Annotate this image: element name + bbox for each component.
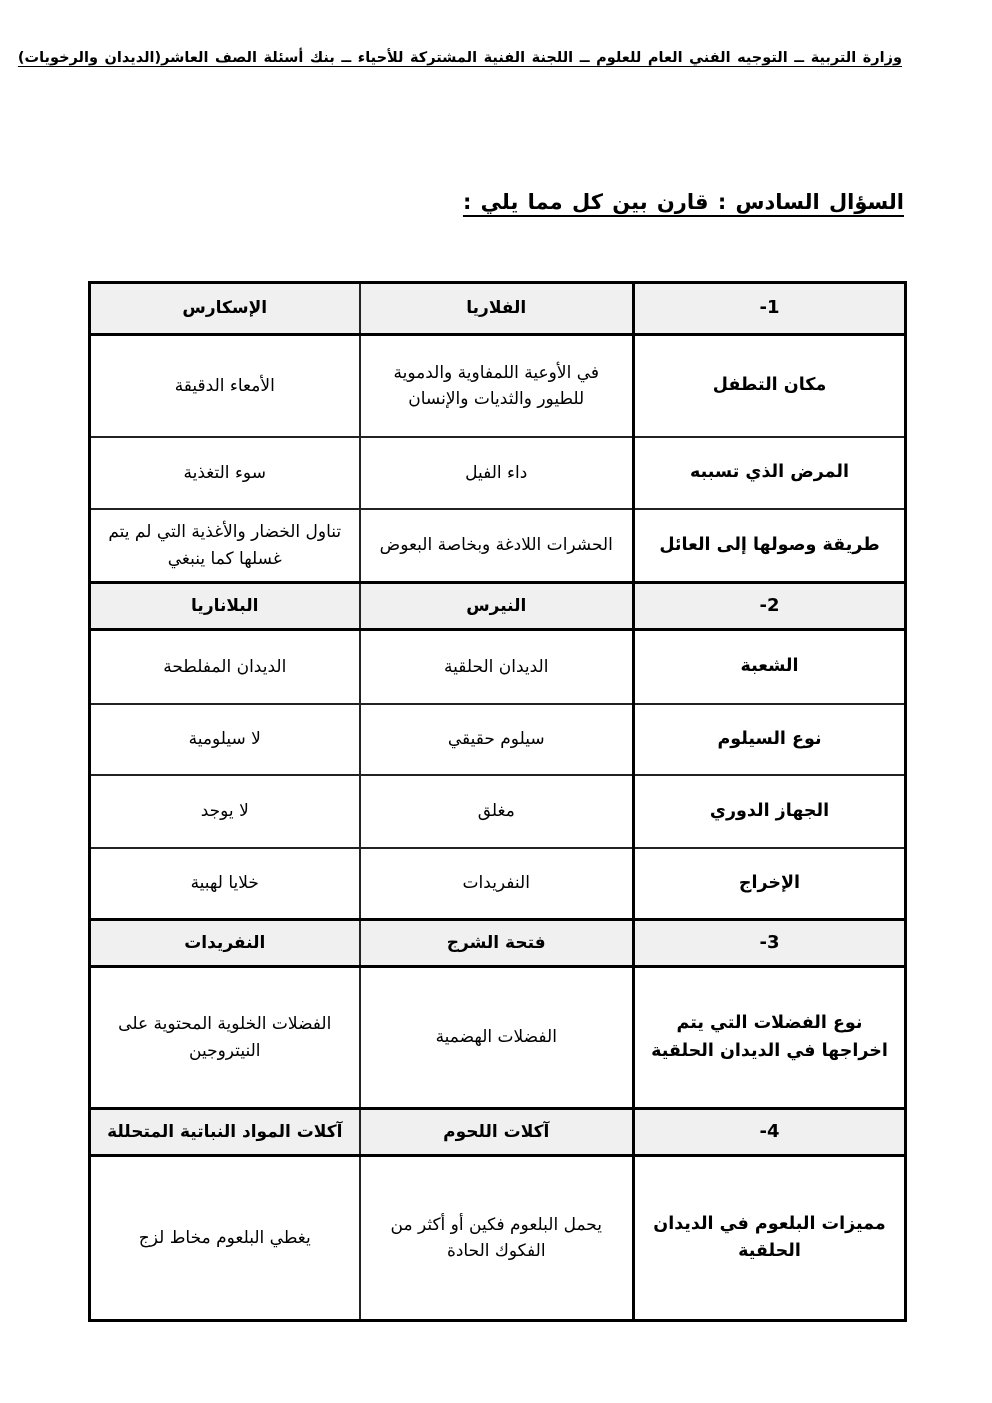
label-cell: المرض الذي تسببه [634,437,906,509]
column-header-cell: النفريدات [90,920,360,967]
column-header-cell: آكلات المواد النباتية المتحللة [90,1109,360,1156]
document-page: وزارة التربية ــ التوجيه الفني العام للع… [0,0,992,1403]
section-number-cell: -2 [634,583,906,630]
table-row: مميزات البلعوم في الديدان الحلقية يحمل ا… [90,1156,906,1321]
value-cell: الأمعاء الدقيقة [90,335,360,438]
column-header-cell: النيرس [360,583,634,630]
label-cell: مميزات البلعوم في الديدان الحلقية [634,1156,906,1321]
table-row: الجهاز الدوري مغلق لا يوجد [90,775,906,848]
label-cell: نوع الفضلات التي يتم اخراجها في الديدان … [634,967,906,1109]
value-cell: سيلوم حقيقي [360,704,634,775]
value-cell: لا يوجد [90,775,360,848]
question-title: السؤال السادس : قارن بين كل مما يلي : [463,190,904,214]
label-cell: نوع السيلوم [634,704,906,775]
document-header: وزارة التربية ــ التوجيه الفني العام للع… [90,47,902,70]
section-number-cell: -3 [634,920,906,967]
table-row: طريقة وصولها إلى العائل الحشرات اللادغة … [90,509,906,583]
table-row: نوع السيلوم سيلوم حقيقي لا سيلومية [90,704,906,775]
section-number-cell: -1 [634,283,906,335]
value-cell: مغلق [360,775,634,848]
value-cell: يحمل البلعوم فكين أو أكثر من الفكوك الحا… [360,1156,634,1321]
table-row: مكان التطفل في الأوعية اللمفاوية والدموي… [90,335,906,438]
column-header-cell: آكلات اللحوم [360,1109,634,1156]
label-cell: الشعبة [634,630,906,705]
table-row: الشعبة الديدان الحلقية الديدان المفلطحة [90,630,906,705]
table-row-section-2: -2 النيرس البلاناريا [90,583,906,630]
value-cell: يغطي البلعوم مخاط لزج [90,1156,360,1321]
value-cell: في الأوعية اللمفاوية والدموية للطيور وال… [360,335,634,438]
table-row: نوع الفضلات التي يتم اخراجها في الديدان … [90,967,906,1109]
value-cell: النفريدات [360,848,634,920]
table-row-section-1: -1 الفلاريا الإسكارس [90,283,906,335]
comparison-table: -1 الفلاريا الإسكارس مكان التطفل في الأو… [88,281,907,1322]
column-header-cell: الفلاريا [360,283,634,335]
table-row: المرض الذي تسببه داء الفيل سوء التغذية [90,437,906,509]
column-header-cell: الإسكارس [90,283,360,335]
label-cell: الإخراج [634,848,906,920]
column-header-cell: فتحة الشرج [360,920,634,967]
value-cell: سوء التغذية [90,437,360,509]
section-number-cell: -4 [634,1109,906,1156]
table-row-section-4: -4 آكلات اللحوم آكلات المواد النباتية ال… [90,1109,906,1156]
value-cell: الفضلات الهضمية [360,967,634,1109]
value-cell: لا سيلومية [90,704,360,775]
column-header-cell: البلاناريا [90,583,360,630]
label-cell: طريقة وصولها إلى العائل [634,509,906,583]
label-cell: الجهاز الدوري [634,775,906,848]
label-cell: مكان التطفل [634,335,906,438]
value-cell: تناول الخضار والأغذية التي لم يتم غسلها … [90,509,360,583]
value-cell: خلايا لهبية [90,848,360,920]
value-cell: الديدان الحلقية [360,630,634,705]
table-row-section-3: -3 فتحة الشرج النفريدات [90,920,906,967]
table-row: الإخراج النفريدات خلايا لهبية [90,848,906,920]
value-cell: الحشرات اللادغة وبخاصة البعوض [360,509,634,583]
value-cell: داء الفيل [360,437,634,509]
value-cell: الديدان المفلطحة [90,630,360,705]
value-cell: الفضلات الخلوية المحتوية على النيتروجين [90,967,360,1109]
